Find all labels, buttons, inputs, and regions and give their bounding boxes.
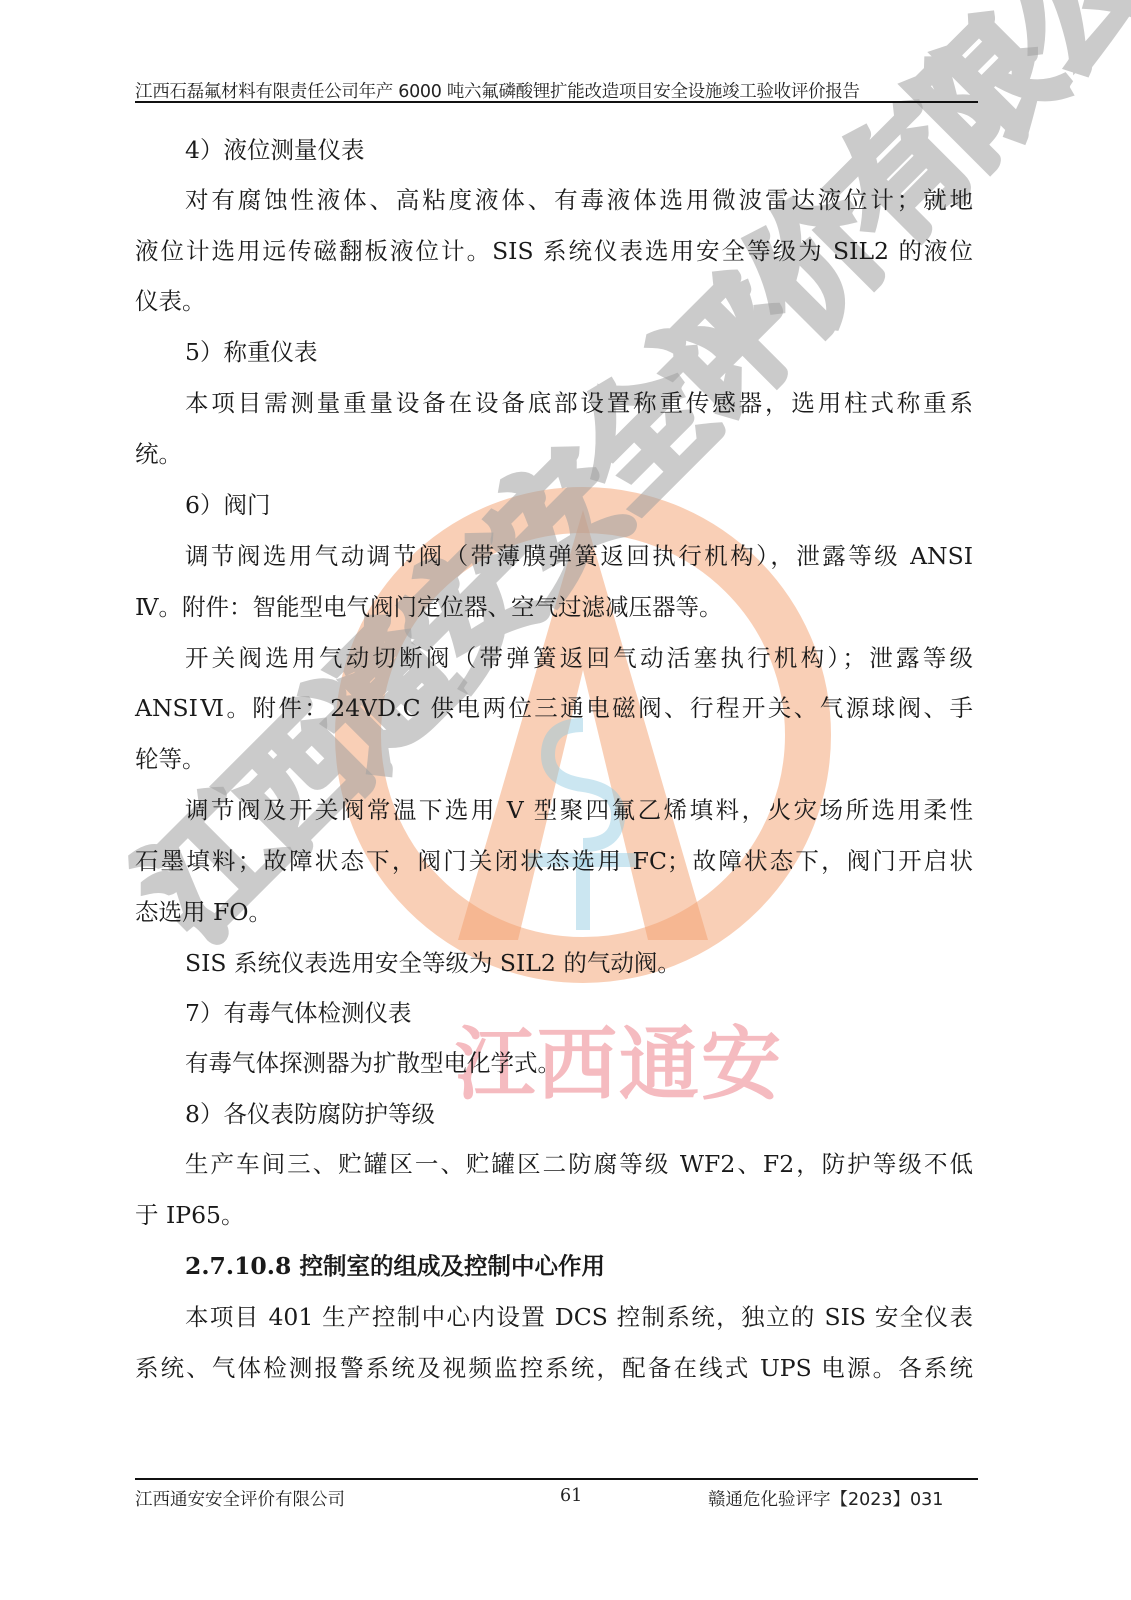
document-page: 江西通安 江西通安安全评价有限公司 江西石磊氟材料有限责任公司年产 6000 吨… bbox=[0, 0, 1131, 1600]
paragraph-line: SIS 系统仪表选用安全等级为 SIL2 的气动阀。 bbox=[185, 952, 681, 976]
paragraph-line: 调节阀选用气动调节阀（带薄膜弹簧返回执行机构），泄露等级 ANSI bbox=[185, 545, 973, 569]
subheading-valves: 6）阀门 bbox=[185, 494, 270, 518]
paragraph-line: 生产车间三、贮罐区一、贮罐区二防腐等级 WF2、F2，防护等级不低 bbox=[185, 1153, 973, 1177]
paragraph-line: 本项目 401 生产控制中心内设置 DCS 控制系统，独立的 SIS 安全仪表 bbox=[185, 1306, 973, 1330]
section-heading: 2.7.10.8 控制室的组成及控制中心作用 bbox=[185, 1255, 605, 1279]
subheading-corrosion-protection: 8）各仪表防腐防护等级 bbox=[185, 1103, 435, 1127]
paragraph-line: 石墨填料；故障状态下，阀门关闭状态选用 FC；故障状态下，阀门开启状 bbox=[135, 850, 973, 874]
subheading-toxic-gas: 7）有毒气体检测仪表 bbox=[185, 1002, 411, 1026]
paragraph-line: 统。 bbox=[135, 443, 182, 467]
paragraph-line: 有毒气体探测器为扩散型电化学式。 bbox=[185, 1052, 561, 1076]
paragraph-line: 调节阀及开关阀常温下选用 V 型聚四氟乙烯填料，火灾场所选用柔性 bbox=[185, 799, 973, 823]
page-number: 61 bbox=[560, 1486, 582, 1506]
paragraph-line: Ⅳ。附件：智能型电气阀门定位器、空气过滤减压器等。 bbox=[135, 596, 722, 620]
paragraph-line: 轮等。 bbox=[135, 748, 206, 772]
footer-company: 江西通安安全评价有限公司 bbox=[135, 1486, 345, 1511]
header-divider bbox=[135, 101, 978, 103]
paragraph-line: 对有腐蚀性液体、高粘度液体、有毒液体选用微波雷达液位计；就地 bbox=[185, 189, 973, 213]
paragraph-line: 仪表。 bbox=[135, 290, 206, 314]
paragraph-line: 于 IP65。 bbox=[135, 1204, 244, 1228]
paragraph-line: ANSIⅥ。附件：24VD.C 供电两位三通电磁阀、行程开关、气源球阀、手 bbox=[135, 697, 973, 721]
page-header-title: 江西石磊氟材料有限责任公司年产 6000 吨六氟磷酸锂扩能改造项目安全设施竣工验… bbox=[135, 78, 980, 103]
paragraph-line: 本项目需测量重量设备在设备底部设置称重传感器，选用柱式称重系 bbox=[185, 392, 973, 416]
paragraph-line: 开关阀选用气动切断阀（带弹簧返回气动活塞执行机构）；泄露等级 bbox=[185, 647, 973, 671]
paragraph-line: 液位计选用远传磁翻板液位计。SIS 系统仪表选用安全等级为 SIL2 的液位 bbox=[135, 240, 973, 264]
document-number: 赣通危化验评字【2023】031 bbox=[708, 1486, 943, 1511]
subheading-level-measurement: 4）液位测量仪表 bbox=[185, 139, 364, 163]
paragraph-line: 态选用 FO。 bbox=[135, 901, 272, 925]
paragraph-line: 系统、气体检测报警系统及视频监控系统，配备在线式 UPS 电源。各系统 bbox=[135, 1357, 973, 1381]
subheading-weighing: 5）称重仪表 bbox=[185, 341, 317, 365]
footer-divider bbox=[135, 1478, 978, 1480]
